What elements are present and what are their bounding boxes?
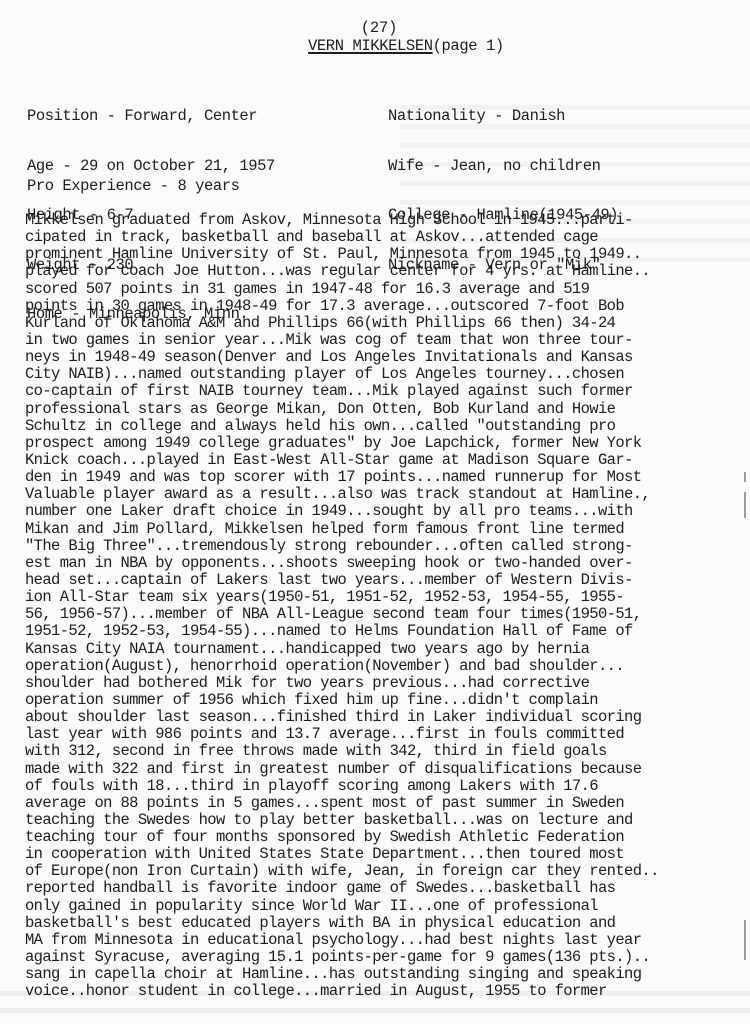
body-line: MA from Minnesota in educational psychol… — [25, 932, 750, 949]
body-line: made with 322 and first in greatest numb… — [25, 761, 750, 778]
body-line: about shoulder last season...finished th… — [25, 709, 750, 726]
profile-age: Age - 29 on October 21, 1957 — [27, 158, 275, 175]
body-line: Kansas City NAIA tournament...handicappe… — [25, 641, 750, 658]
body-line: prospect among 1949 college graduates" b… — [25, 435, 750, 452]
body-line: prominent Hamline University of St. Paul… — [25, 246, 750, 263]
body-line: Schultz in college and always held his o… — [25, 418, 750, 435]
body-line: 56, 1956-57)...member of NBA All-League … — [25, 606, 750, 623]
body-line: against Syracuse, averaging 15.1 points-… — [25, 949, 750, 966]
margin-mark — [744, 472, 746, 482]
body-line: Knick coach...played in East-West All-St… — [25, 452, 750, 469]
body-line: sang in capella choir at Hamline...has o… — [25, 966, 750, 983]
body-line: neys in 1948-49 season(Denver and Los An… — [25, 349, 750, 366]
body-line: 1951-52, 1952-53, 1954-55)...named to He… — [25, 623, 750, 640]
body-line: Mikan and Jim Pollard, Mikkelsen helped … — [25, 521, 750, 538]
body-line: Valuable player award as a result...also… — [25, 486, 750, 503]
body-line: ion All-Star team six years(1950-51, 195… — [25, 589, 750, 606]
body-line: shoulder had bothered Mik for two years … — [25, 675, 750, 692]
margin-mark — [744, 492, 746, 518]
profile-position: Position - Forward, Center — [27, 108, 275, 125]
body-line: points in 30 games in 1948-49 for 17.3 a… — [25, 298, 750, 315]
body-line: Kurland of Oklahoma A&M and Phillips 66(… — [25, 315, 750, 332]
body-line: City NAIB)...named outstanding player of… — [25, 366, 750, 383]
body-line: average on 88 points in 5 games...spent … — [25, 795, 750, 812]
body-line: est man in NBA by opponents...shoots swe… — [25, 555, 750, 572]
profile-nationality: Nationality - Danish — [388, 108, 618, 125]
body-line: co-captain of first NAIB tourney team...… — [25, 383, 750, 400]
body-line: of fouls with 18...third in playoff scor… — [25, 778, 750, 795]
body-line: of Europe(non Iron Curtain) with wife, J… — [25, 863, 750, 880]
body-line: "The Big Three"...tremendously strong re… — [25, 538, 750, 555]
body-line: played for coach Joe Hutton...was regula… — [25, 263, 750, 280]
margin-mark — [744, 920, 746, 960]
document-page: (27) VERN MIKKELSEN(page 1) Position - F… — [0, 0, 750, 1024]
body-line: with 312, second in free throws made wit… — [25, 743, 750, 760]
body-line: reported handball is favorite indoor gam… — [25, 880, 750, 897]
body-line: operation summer of 1956 which fixed him… — [25, 692, 750, 709]
body-line: basketball's best educated players with … — [25, 915, 750, 932]
body-line: den in 1949 and was top scorer with 17 p… — [25, 469, 750, 486]
body-line: last year with 986 points and 13.7 avera… — [25, 726, 750, 743]
player-name: VERN MIKKELSEN — [308, 37, 433, 55]
title-suffix: (page 1) — [433, 37, 504, 55]
body-line: head set...captain of Lakers last two ye… — [25, 572, 750, 589]
body-line: operation(August), henorrhoid operation(… — [25, 658, 750, 675]
body-line: teaching the Swedes how to play better b… — [25, 812, 750, 829]
page-title: VERN MIKKELSEN(page 1) — [308, 37, 504, 55]
biography-body: Mikkelsen graduated from Askov, Minnesot… — [25, 212, 750, 1000]
body-line: teaching tour of four months sponsored b… — [25, 829, 750, 846]
body-line: only gained in popularity since World Wa… — [25, 898, 750, 915]
body-line: cipated in track, basketball and basebal… — [25, 229, 750, 246]
body-line: in two games in senior year...Mik was co… — [25, 332, 750, 349]
body-line: in cooperation with United States State … — [25, 846, 750, 863]
page-number: (27) — [0, 19, 750, 37]
body-line: number one Laker draft choice in 1949...… — [25, 503, 750, 520]
profile-wife: Wife - Jean, no children — [388, 158, 618, 175]
pro-experience: Pro Experience - 8 years — [27, 177, 239, 195]
body-line: scored 507 points in 31 games in 1947-48… — [25, 281, 750, 298]
body-line: professional stars as George Mikan, Don … — [25, 401, 750, 418]
body-line: Mikkelsen graduated from Askov, Minnesot… — [25, 212, 750, 229]
body-line: voice..honor student in college...marrie… — [25, 983, 750, 1000]
